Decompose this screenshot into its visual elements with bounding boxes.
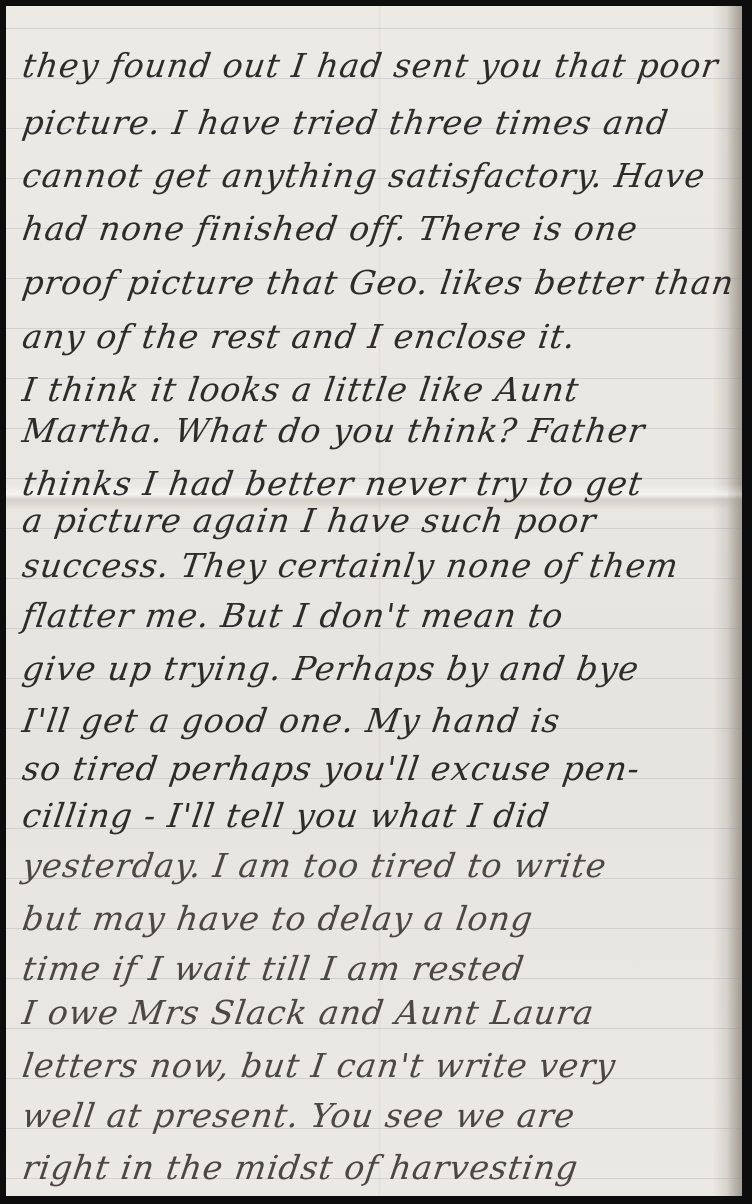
handwritten-line: cilling - I'll tell you what I did	[20, 796, 552, 835]
handwritten-line: success. They certainly none of them	[20, 546, 681, 585]
handwritten-line: so tired perhaps you'll excuse pen-	[20, 749, 643, 788]
letter-page: they found out I had sent you that poorp…	[6, 6, 742, 1196]
handwritten-line: I owe Mrs Slack and Aunt Laura	[20, 993, 597, 1032]
handwritten-line: I'll get a good one. My hand is	[20, 701, 563, 740]
handwritten-line: Martha. What do you think? Father	[20, 411, 648, 450]
handwritten-line: time if I wait till I am rested	[20, 949, 527, 988]
handwritten-line: any of the rest and I enclose it.	[20, 317, 579, 356]
handwritten-line: give up trying. Perhaps by and bye	[20, 649, 642, 688]
handwritten-line: picture. I have tried three times and	[20, 103, 671, 142]
ruled-line	[6, 28, 742, 29]
handwritten-line: yesterday. I am too tired to write	[20, 846, 609, 885]
handwritten-line: right in the midst of harvesting	[20, 1148, 581, 1187]
handwritten-line: they found out I had sent you that poor	[20, 46, 721, 85]
handwritten-line: I think it looks a little like Aunt	[20, 370, 582, 409]
handwritten-line: had none finished off. There is one	[20, 209, 641, 248]
handwritten-line: thinks I had better never try to get	[20, 464, 645, 503]
paper-right-edge	[728, 6, 742, 1196]
handwritten-line: letters now, but I can't write very	[20, 1046, 619, 1085]
handwritten-line: proof picture that Geo. likes better tha…	[20, 263, 737, 302]
handwritten-line: well at present. You see we are	[20, 1096, 578, 1135]
handwritten-line: but may have to delay a long	[20, 899, 536, 938]
handwritten-line: a picture again I have such poor	[20, 501, 599, 540]
handwritten-line: flatter me. But I don't mean to	[20, 596, 566, 635]
handwritten-line: cannot get anything satisfactory. Have	[20, 156, 708, 195]
